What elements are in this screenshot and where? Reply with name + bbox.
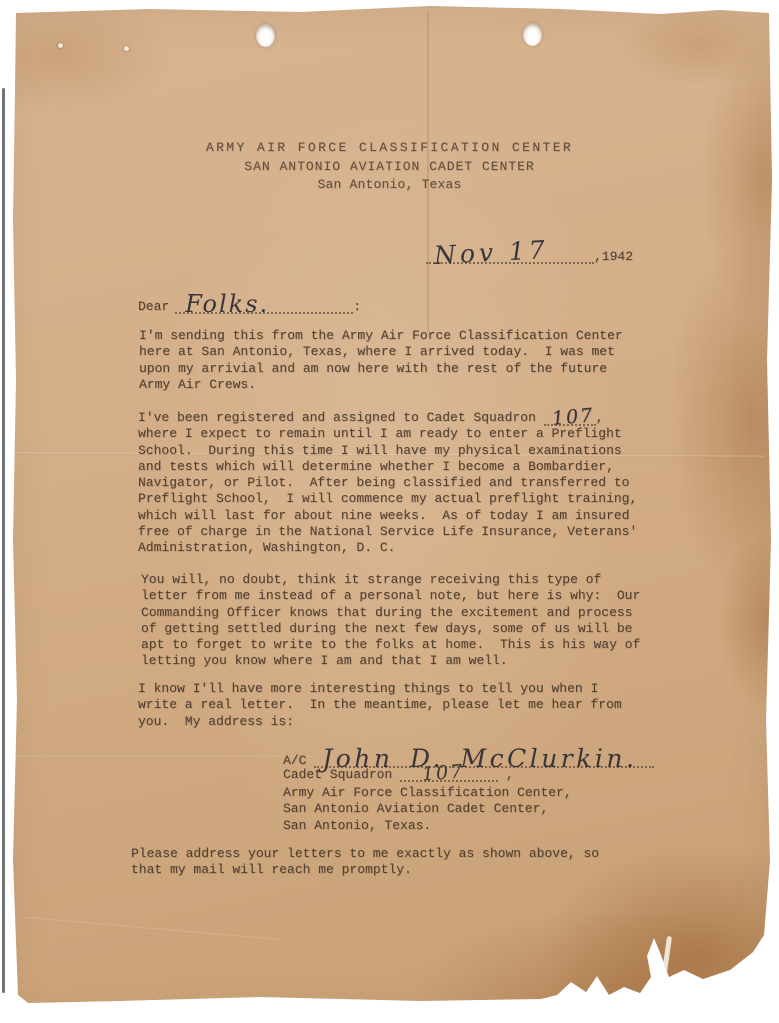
- salutation: Dear Folks. :: [138, 288, 361, 314]
- paragraph-line: which will last for about nine weeks. As…: [138, 508, 637, 524]
- paragraph-line: letter from me instead of a personal not…: [141, 588, 640, 604]
- paper-tear-crack: [661, 936, 672, 980]
- paragraph-line: of getting settled during the next few d…: [141, 621, 640, 637]
- date-handwritten: Nov 17: [433, 237, 549, 268]
- paragraph-line: Army Air Crews.: [139, 377, 623, 393]
- address-squadron-label: Cadet Squadron: [283, 767, 400, 782]
- paragraph-3: You will, no doubt, think it strange rec…: [141, 572, 640, 670]
- salutation-typed: Dear: [138, 299, 169, 314]
- squadron-line-text: I've been registered and assigned to Cad…: [138, 410, 544, 426]
- paragraph-line: write a real letter. In the meantime, pl…: [138, 697, 622, 713]
- closing-paragraph: Please address your letters to me exactl…: [131, 846, 599, 879]
- paragraph-line: I know I'll have more interesting things…: [138, 681, 622, 697]
- paragraph-line: upon my arrivial and am now here with th…: [139, 361, 623, 377]
- paragraph-line: you. My address is:: [138, 714, 622, 730]
- paper-crease: [16, 756, 316, 758]
- address-squadron-row: Cadet Squadron 107 ,: [283, 762, 514, 782]
- paragraph-line: letting you know where I am and that I a…: [141, 653, 640, 669]
- paper-crease: [22, 917, 281, 942]
- date-line: Nov 17 ,1942: [426, 234, 633, 264]
- squadron-underline: 107: [544, 418, 596, 426]
- paragraph-1: I'm sending this from the Army Air Force…: [139, 328, 623, 393]
- paragraph-2: I've been registered and assigned to Cad…: [138, 410, 637, 557]
- paper-speck: [58, 43, 63, 48]
- paragraph-line: free of charge in the National Service L…: [138, 524, 637, 540]
- salutation-colon: :: [353, 299, 361, 314]
- letterhead-line1: ARMY AIR FORCE CLASSIFICATION CENTER: [0, 139, 779, 158]
- letterhead: ARMY AIR FORCE CLASSIFICATION CENTER SAN…: [0, 139, 779, 195]
- squadron-number-handwritten: 107: [551, 406, 595, 429]
- address-line: San Antonio, Texas.: [283, 818, 572, 834]
- address-line: Army Air Force Classification Center,: [283, 785, 572, 801]
- address-squadron-handwritten: 107: [421, 763, 464, 785]
- paragraph-line: that my mail will reach me promptly.: [131, 862, 599, 878]
- letterhead-line3: San Antonio, Texas: [0, 176, 779, 195]
- paper-speck: [124, 46, 129, 51]
- paragraph-line: Administration, Washington, D. C.: [138, 540, 637, 556]
- address-line: San Antonio Aviation Cadet Center,: [283, 801, 572, 817]
- paragraph-line: apt to forget to write to the folks at h…: [141, 637, 640, 653]
- paragraph-line: Navigator, or Pilot. After being classif…: [138, 475, 637, 491]
- paragraph-line: Please address your letters to me exactl…: [131, 846, 599, 862]
- squadron-line-comma: ,: [596, 410, 604, 426]
- letter-paper: ARMY AIR FORCE CLASSIFICATION CENTER SAN…: [0, 0, 779, 1023]
- salutation-underline: Folks.: [175, 306, 353, 314]
- paragraph-line: You will, no doubt, think it strange rec…: [141, 572, 640, 588]
- scanned-letter-page: ARMY AIR FORCE CLASSIFICATION CENTER SAN…: [0, 0, 779, 1023]
- paragraph-line-mixed: I've been registered and assigned to Cad…: [138, 410, 637, 426]
- paragraph-4: I know I'll have more interesting things…: [138, 681, 622, 730]
- punch-hole-left: [256, 24, 275, 47]
- paragraph-line: Preflight School, I will commence my act…: [138, 491, 637, 507]
- date-underline: Nov 17: [426, 256, 594, 264]
- address-typed-lines: Army Air Force Classification Center, Sa…: [283, 785, 572, 834]
- paragraph-line: I'm sending this from the Army Air Force…: [139, 328, 623, 344]
- letterhead-line2: SAN ANTONIO AVIATION CADET CENTER: [0, 158, 779, 177]
- address-squadron-comma: ,: [498, 767, 514, 782]
- paragraph-line: here at San Antonio, Texas, where I arri…: [139, 344, 623, 360]
- scanner-edge-artifact: [2, 88, 5, 993]
- address-squadron-underline: 107: [400, 774, 498, 782]
- salutation-handwritten: Folks.: [185, 292, 269, 316]
- date-year: ,1942: [594, 249, 633, 264]
- paragraph-line: Commanding Officer knows that during the…: [141, 605, 640, 621]
- punch-hole-right: [523, 23, 542, 46]
